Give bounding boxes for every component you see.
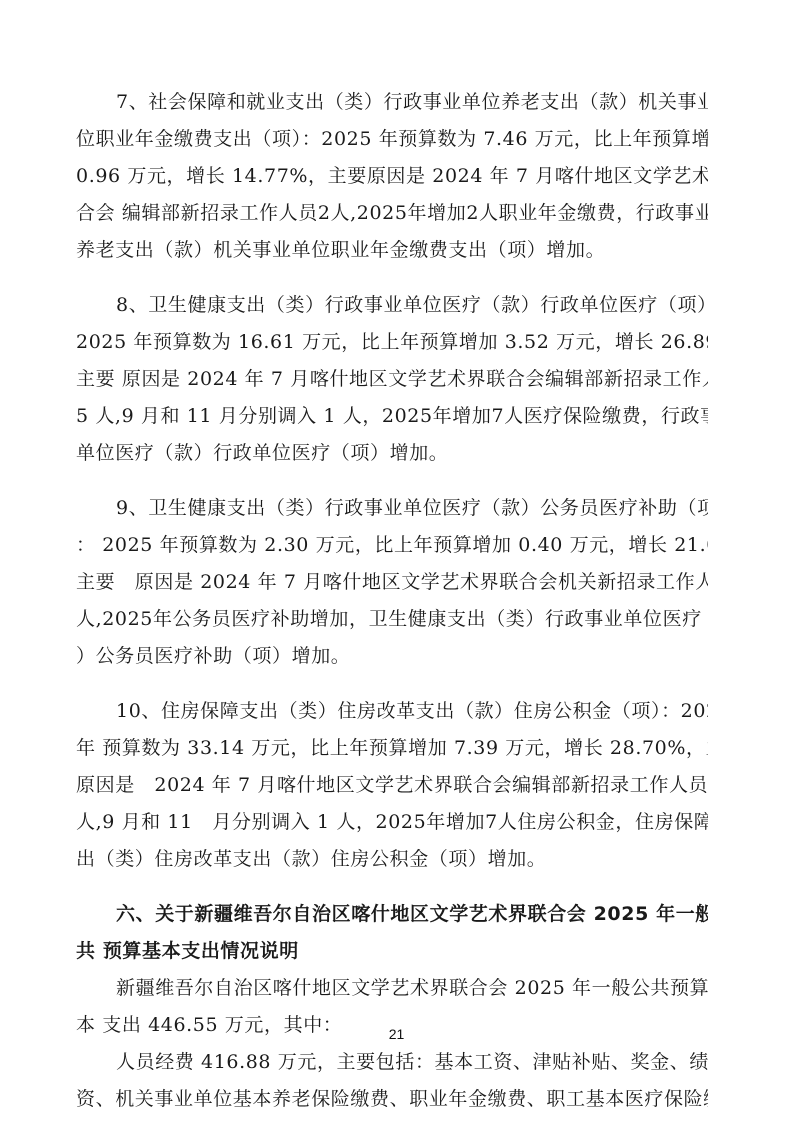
- text-line: 人,2025年公务员医疗补助增加，卫生健康支出（类）行政事业单位医疗（款: [76, 601, 708, 638]
- text-line: ）公务员医疗补助（项）增加。: [76, 638, 708, 675]
- text-line: 主要 原因是 2024 年 7 月喀什地区文学艺术界联合会机关新招录工作人员 1: [76, 564, 708, 601]
- text-line: 5 人,9 月和 11 月分别调入 1 人，2025年增加7人医疗保险缴费，行政…: [76, 398, 708, 435]
- text-line: 年 预算数为 33.14 万元，比上年预算增加 7.39 万元，增长 28.70…: [76, 730, 708, 767]
- heading-line: 六、关于新疆维吾尔自治区喀什地区文学艺术界联合会 2025 年一般公: [76, 896, 708, 933]
- text-line: 新疆维吾尔自治区喀什地区文学艺术界联合会 2025 年一般公共预算基: [76, 970, 708, 1007]
- text-line: 2025 年预算数为 16.61 万元，比上年预算增加 3.52 万元，增长 2…: [76, 324, 708, 361]
- paragraph-item-7: 7、社会保障和就业支出（类）行政事业单位养老支出（款）机关事业单 位职业年金缴费…: [76, 84, 708, 269]
- text-line: ： 2025 年预算数为 2.30 万元，比上年预算增加 0.40 万元，增长 …: [76, 527, 708, 564]
- text-line: 10、住房保障支出（类）住房改革支出（款）住房公积金（项）：2025: [76, 693, 708, 730]
- paragraph-item-10: 10、住房保障支出（类）住房改革支出（款）住房公积金（项）：2025 年 预算数…: [76, 693, 708, 878]
- paragraph-spacer: [76, 472, 708, 490]
- text-line: 8、卫生健康支出（类）行政事业单位医疗（款）行政单位医疗（项）：: [76, 287, 708, 324]
- document-page: 7、社会保障和就业支出（类）行政事业单位养老支出（款）机关事业单 位职业年金缴费…: [76, 84, 708, 1118]
- text-line: 0.96 万元，增长 14.77%，主要原因是 2024 年 7 月喀什地区文学…: [76, 158, 708, 195]
- paragraph-item-8: 8、卫生健康支出（类）行政事业单位医疗（款）行政单位医疗（项）： 2025 年预…: [76, 287, 708, 472]
- paragraph-spacer: [76, 878, 708, 896]
- text-line: 资、机关事业单位基本养老保险缴费、职业年金缴费、职工基本医疗保险缴费: [76, 1081, 708, 1118]
- text-line: 出（类）住房改革支出（款）住房公积金（项）增加。: [76, 841, 708, 878]
- page-number: 21: [0, 1026, 793, 1042]
- paragraph-spacer: [76, 269, 708, 287]
- text-line: 合会 编辑部新招录工作人员2人,2025年增加2人职业年金缴费，行政事业单位: [76, 195, 708, 232]
- paragraph-spacer: [76, 675, 708, 693]
- text-line: 单位医疗（款）行政单位医疗（项）增加。: [76, 435, 708, 472]
- paragraph-personnel: 人员经费 416.88 万元，主要包括：基本工资、津贴补贴、奖金、绩效工 资、机…: [76, 1044, 708, 1118]
- text-line: 位职业年金缴费支出（项）：2025 年预算数为 7.46 万元，比上年预算增加: [76, 121, 708, 158]
- paragraph-item-9: 9、卫生健康支出（类）行政事业单位医疗（款）公务员医疗补助（项） ： 2025 …: [76, 490, 708, 675]
- text-line: 人,9 月和 11 月分别调入 1 人，2025年增加7人住房公积金，住房保障支: [76, 804, 708, 841]
- heading-line: 共 预算基本支出情况说明: [76, 933, 708, 970]
- text-line: 原因是 2024 年 7 月喀什地区文学艺术界联合会编辑部新招录工作人员 5: [76, 767, 708, 804]
- text-line: 人员经费 416.88 万元，主要包括：基本工资、津贴补贴、奖金、绩效工: [76, 1044, 708, 1081]
- text-line: 7、社会保障和就业支出（类）行政事业单位养老支出（款）机关事业单: [76, 84, 708, 121]
- section-heading: 六、关于新疆维吾尔自治区喀什地区文学艺术界联合会 2025 年一般公 共 预算基…: [76, 896, 708, 970]
- text-line: 9、卫生健康支出（类）行政事业单位医疗（款）公务员医疗补助（项）: [76, 490, 708, 527]
- text-line: 主要 原因是 2024 年 7 月喀什地区文学艺术界联合会编辑部新招录工作人员: [76, 361, 708, 398]
- text-line: 养老支出（款）机关事业单位职业年金缴费支出（项）增加。: [76, 232, 708, 269]
